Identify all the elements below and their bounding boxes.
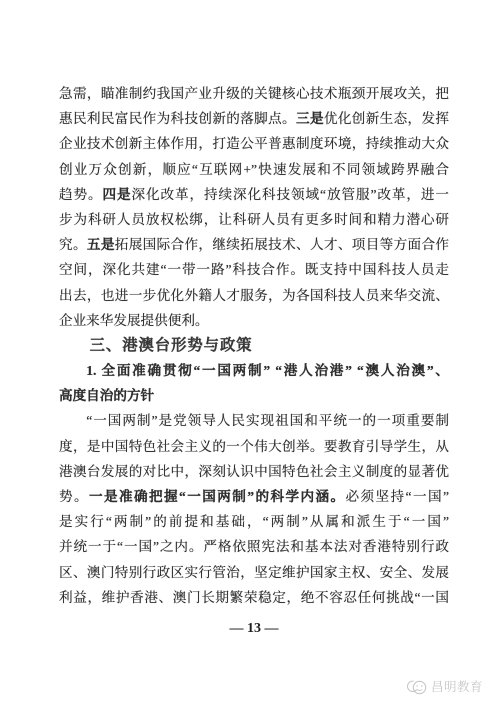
text-line: 趋势。四是深化改革，持续深化科技领域“放管服”改革，进一 (59, 182, 449, 207)
page-number: — 13 — (59, 621, 449, 637)
text-segment: 三、港澳台形势与政策 (90, 337, 253, 354)
text-segment: 空间，深化共建“一带一路”科技合作。既支持中国科技人员走 (59, 262, 449, 277)
text-segment: 创业万众创新，顺应“互联网+”快速发展和不同领域跨界融合 (59, 162, 449, 177)
text-segment: 五是 (87, 237, 115, 252)
text-segment: 高度自治的方针 (59, 388, 154, 403)
text-segment: 四是 (103, 187, 132, 202)
text-line: 惠民利民富民作为科技创新的落脚点。三是优化创新生态，发挥 (59, 106, 449, 131)
text-line: 区、澳门特别行政区实行管治，坚定维护国家主权、安全、发展 (59, 560, 449, 585)
text-line: 1. 全面准确贯彻“一国两制” “港人治港” “澳人治澳”、 (59, 358, 449, 383)
text-segment: 急需，瞄准制约我国产业升级的关键核心技术瓶颈开展攻关，把 (59, 86, 449, 101)
text-line: 势。一是准确把握“一国两制”的科学内涵。必须坚持“一国” (59, 484, 449, 509)
text-segment: 惠民利民富民作为科技创新的落脚点。 (59, 111, 296, 126)
text-segment: 港澳台发展的对比中，深刻认识中国特色社会主义制度的显著优 (59, 464, 449, 479)
text-segment: 深化改革，持续深化科技领域“放管服”改革，进一 (132, 187, 449, 202)
text-line: 创业万众创新，顺应“互联网+”快速发展和不同领域跨界融合 (59, 157, 449, 182)
text-line: 是实行“两制”的前提和基础，“两制”从属和派生于“一国” (59, 509, 449, 534)
text-line: 港澳台发展的对比中，深刻认识中国特色社会主义制度的显著优 (59, 459, 449, 484)
text-line: 究。五是拓展国际合作，继续拓展技术、人才、项目等方面合作 (59, 232, 449, 257)
document-body: 急需，瞄准制约我国产业升级的关键核心技术瓶颈开展攻关，把惠民利民富民作为科技创新… (59, 81, 449, 610)
text-segment: 势。 (59, 489, 89, 504)
text-line: 空间，深化共建“一带一路”科技合作。既支持中国科技人员走 (59, 257, 449, 282)
text-segment: “一国两制”是党领导人民实现祖国和平统一的一项重要制 (86, 413, 449, 428)
text-segment: 利益，维护香港、澳门长期繁荣稳定，绝不容忍任何挑战“一国 (59, 590, 449, 605)
text-segment: 企业来华发展提供便利。 (59, 313, 209, 328)
text-segment: 趋势。 (59, 187, 103, 202)
text-segment: 拓展国际合作，继续拓展技术、人才、项目等方面合作 (115, 237, 449, 252)
text-segment: 一是准确把握“一国两制”的科学内涵。 (89, 489, 345, 504)
text-line: 度，是中国特色社会主义的一个伟大创举。要教育引导学生，从 (59, 434, 449, 459)
text-segment: 并统一于“一国”之内。严格依照宪法和基本法对香港特别行政 (59, 539, 449, 554)
text-line: 步为科研人员放权松绑，让科研人员有更多时间和精力潜心研 (59, 207, 449, 232)
watermark: 昌明教育 (404, 677, 483, 695)
text-segment: 度，是中国特色社会主义的一个伟大创举。要教育引导学生，从 (59, 439, 449, 454)
text-segment: 必须坚持“一国” (346, 489, 450, 504)
text-line: 企业来华发展提供便利。 (59, 308, 449, 333)
text-line: 急需，瞄准制约我国产业升级的关键核心技术瓶颈开展攻关，把 (59, 81, 449, 106)
text-segment: 究。 (59, 237, 87, 252)
text-segment: 三是 (296, 111, 324, 126)
text-segment: 区、澳门特别行政区实行管治，坚定维护国家主权、安全、发展 (59, 565, 449, 580)
section-heading: 三、港澳台形势与政策 (59, 333, 449, 358)
text-line: 出去，也进一步优化外籍人才服务，为各国科技人员来华交流、 (59, 283, 449, 308)
text-line: 高度自治的方针 (59, 383, 449, 408)
text-line: 企业技术创新主体作用，打造公平普惠制度环境，持续推动大众 (59, 131, 449, 156)
text-segment: 出去，也进一步优化外籍人才服务，为各国科技人员来华交流、 (59, 288, 449, 303)
text-segment: 是实行“两制”的前提和基础，“两制”从属和派生于“一国” (59, 514, 449, 529)
text-segment: 企业技术创新主体作用，打造公平普惠制度环境，持续推动大众 (59, 136, 449, 151)
text-line: 并统一于“一国”之内。严格依照宪法和基本法对香港特别行政 (59, 534, 449, 559)
text-line: “一国两制”是党领导人民实现祖国和平统一的一项重要制 (59, 408, 449, 433)
text-line: 利益，维护香港、澳门长期繁荣稳定，绝不容忍任何挑战“一国 (59, 585, 449, 610)
watermark-text: 昌明教育 (431, 677, 483, 695)
faces-logo-icon (404, 678, 428, 695)
text-segment: 1. 全面准确贯彻“一国两制” “港人治港” “澳人治澳”、 (86, 363, 449, 378)
text-segment: 优化创新生态，发挥 (324, 111, 449, 126)
document-page: 急需，瞄准制约我国产业升级的关键核心技术瓶颈开展攻关，把惠民利民富民作为科技创新… (0, 0, 499, 706)
text-segment: 步为科研人员放权松绑，让科研人员有更多时间和精力潜心研 (59, 212, 449, 227)
